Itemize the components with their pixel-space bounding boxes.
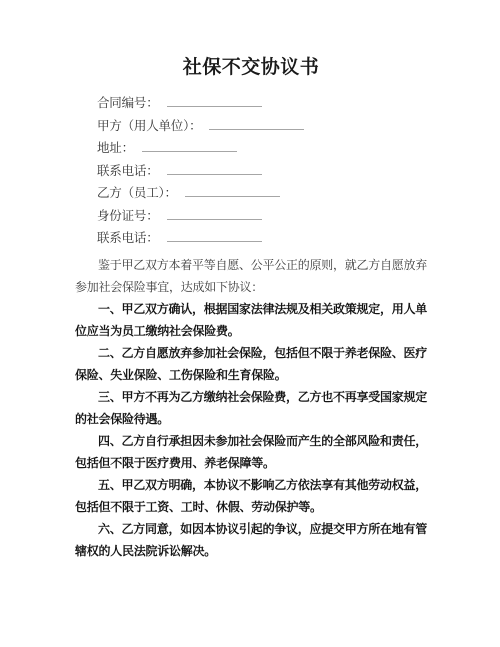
intro-paragraph: 鉴于甲乙双方本着平等自愿、公平公正的原则，就乙方自愿放弃参加社会保险事宜，达成如… [75,254,427,298]
fill-in-blank [142,138,237,152]
field-label: 联系电话： [97,163,159,178]
clause-1: 一、甲乙双方确认，根据国家法律法规及相关政策规定，用人单位应当为员工缴纳社会保险… [75,298,427,342]
fill-in-blank [185,183,280,197]
field-row-party-b: 乙方（员工）： [97,182,427,205]
field-label: 身份证号： [97,208,159,223]
fields-block: 合同编号： 甲方（用人单位）： 地址： 联系电话： 乙方（员工）： 身份证号： … [97,92,427,250]
field-label: 联系电话： [97,230,159,245]
clause-6: 六、乙方同意，如因本协议引起的争议，应提交甲方所在地有管辖权的人民法院诉讼解决。 [75,518,427,562]
fill-in-blank [167,161,262,175]
field-row-party-a: 甲方（用人单位）： [97,115,427,138]
field-row-phone-a: 联系电话： [97,160,427,183]
fill-in-blank [209,116,304,130]
field-label: 乙方（员工）： [97,185,177,200]
document-page: 社保不交协议书 合同编号： 甲方（用人单位）： 地址： 联系电话： 乙方（员工）… [0,0,500,647]
fill-in-blank [167,93,262,107]
clause-4: 四、乙方自行承担因未参加社会保险而产生的全部风险和责任，包括但不限于医疗费用、养… [75,430,427,474]
fill-in-blank [167,228,262,242]
field-row-phone-b: 联系电话： [97,227,427,250]
field-row-id-number: 身份证号： [97,205,427,228]
clause-3: 三、甲方不再为乙方缴纳社会保险费，乙方也不再享受国家规定的社会保险待遇。 [75,386,427,430]
field-row-contract-number: 合同编号： [97,92,427,115]
field-label: 地址： [97,140,134,155]
clause-2: 二、乙方自愿放弃参加社会保险，包括但不限于养老保险、医疗保险、失业保险、工伤保险… [75,342,427,386]
field-label: 合同编号： [97,95,159,110]
field-row-address: 地址： [97,137,427,160]
fill-in-blank [167,206,262,220]
clause-5: 五、甲乙双方明确，本协议不影响乙方依法享有其他劳动权益，包括但不限于工资、工时、… [75,474,427,518]
page-title: 社保不交协议书 [75,52,427,82]
field-label: 甲方（用人单位）： [97,118,201,133]
